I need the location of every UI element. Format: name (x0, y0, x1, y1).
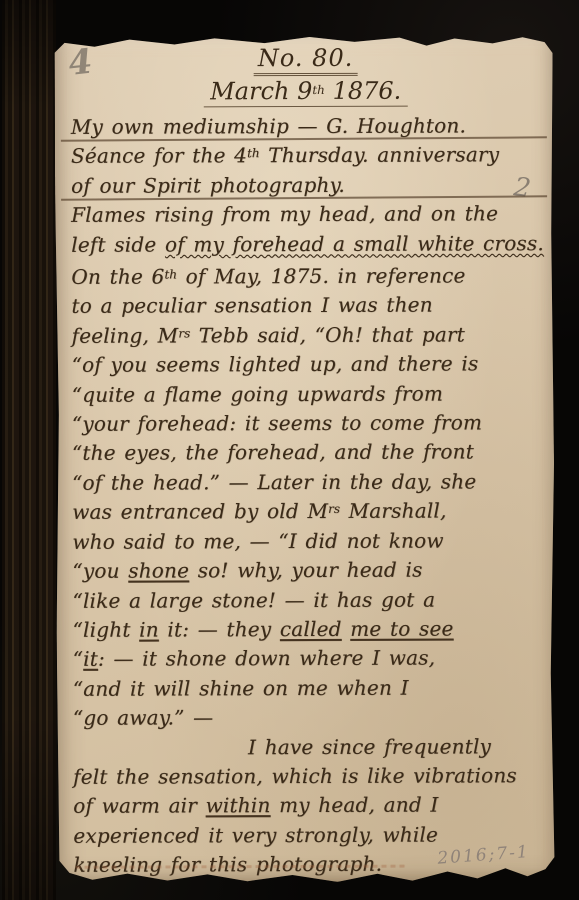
manuscript-line: feeling, Mrs Tebb said, “Oh! that part (72, 320, 542, 351)
manuscript-line: “of the head.” — Later in the day, she (72, 467, 542, 498)
manuscript-content: No. 80. March 9th 1876. My own mediumshi… (55, 33, 556, 880)
manuscript-body: My own mediumship — G. Houghton.Séance f… (71, 111, 544, 880)
manuscript-line: “go away.” — (73, 702, 543, 733)
manuscript-line: Flames rising from my head, and on the (71, 199, 541, 230)
manuscript-line: “like a large stone! — it has got a (72, 585, 542, 616)
manuscript-line: “quite a flame going upwards from (72, 379, 542, 410)
manuscript-line: of our Spirit photography. (71, 170, 541, 201)
manuscript-line: I have since frequently (73, 732, 543, 763)
manuscript-line: Séance for the 4th Thursday. anniversary (71, 141, 541, 172)
entry-number: No. 80. (71, 43, 541, 73)
manuscript-line: “it: — it shone down where I was, (73, 643, 543, 674)
manuscript-line: of warm air within my head, and I (73, 791, 543, 822)
entry-date: March 9th 1876. (71, 76, 541, 106)
manuscript-line: “the eyes, the forehead, and the front (72, 438, 542, 469)
entry-number-text: No. 80. (254, 44, 358, 76)
manuscript-line: left side of my forehead a small white c… (71, 229, 541, 260)
manuscript-line: to a peculiar sensation I was then (71, 291, 541, 322)
manuscript-line: “of you seems lighted up, and there is (72, 349, 542, 380)
manuscript-line: “light in it: — they called me to see (73, 614, 543, 645)
entry-date-text: March 9th 1876. (204, 77, 407, 108)
manuscript-line: On the 6th of May, 1875. in reference (71, 261, 541, 292)
manuscript-line: who said to me, — “I did not know (72, 526, 542, 557)
manuscript-line: My own mediumship — G. Houghton. (71, 111, 541, 142)
photograph-background: { "colors": { "background": "#070605", "… (0, 0, 579, 900)
book-spine-edge (2, 0, 56, 900)
manuscript-line: was entranced by old Mrs Marshall, (72, 496, 542, 527)
manuscript-line: “you shone so! why, your head is (72, 555, 542, 586)
manuscript-line: “your forehead: it seems to come from (72, 408, 542, 439)
manuscript-line: “and it will shine on me when I (73, 673, 543, 704)
manuscript-page: 4 2 No. 80. March 9th 1876. My own mediu… (55, 33, 556, 883)
manuscript-line: felt the sensation, which is like vibrat… (73, 761, 543, 792)
